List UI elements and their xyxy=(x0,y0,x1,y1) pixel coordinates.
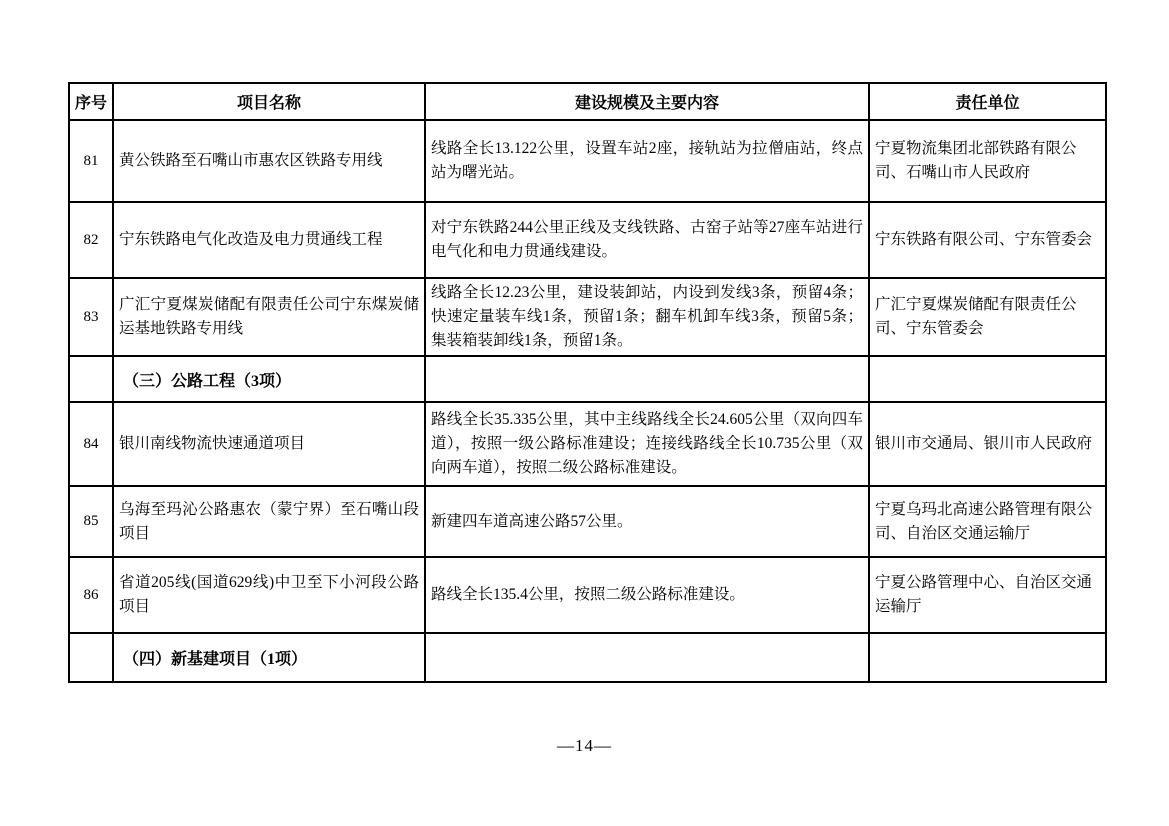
cell-scale-content: 路线全长35.335公里，其中主线路线全长24.605公里（双向四车道），按照一… xyxy=(425,402,869,486)
page-number: —14— xyxy=(0,736,1169,756)
table-row: 86 省道205线(国道629线)中卫至下小河段公路项目 路线全长135.4公里… xyxy=(69,557,1106,633)
cell-scale-content-empty xyxy=(425,356,869,402)
cell-serial: 83 xyxy=(69,278,113,356)
cell-serial: 81 xyxy=(69,120,113,202)
cell-responsible-unit: 广汇宁夏煤炭储配有限责任公司、宁东管委会 xyxy=(869,278,1106,356)
cell-project-name: 银川南线物流快速通道项目 xyxy=(113,402,425,486)
cell-responsible-unit: 宁东铁路有限公司、宁东管委会 xyxy=(869,202,1106,278)
section-title: （三）公路工程（3项） xyxy=(113,356,425,402)
section-row: （四）新基建项目（1项） xyxy=(69,633,1106,682)
table-row: 85 乌海至玛沁公路惠农（蒙宁界）至石嘴山段项目 新建四车道高速公路57公里。 … xyxy=(69,486,1106,557)
cell-scale-content: 对宁东铁路244公里正线及支线铁路、古窑子站等27座车站进行电气化和电力贯通线建… xyxy=(425,202,869,278)
table-row: 81 黄公铁路至石嘴山市惠农区铁路专用线 线路全长13.122公里，设置车站2座… xyxy=(69,120,1106,202)
cell-responsible-unit: 宁夏乌玛北高速公路管理有限公司、自治区交通运输厅 xyxy=(869,486,1106,557)
cell-scale-content: 新建四车道高速公路57公里。 xyxy=(425,486,869,557)
section-title: （四）新基建项目（1项） xyxy=(113,633,425,682)
header-serial: 序号 xyxy=(69,83,113,120)
cell-scale-content-empty xyxy=(425,633,869,682)
cell-serial: 82 xyxy=(69,202,113,278)
cell-serial-empty xyxy=(69,356,113,402)
cell-project-name: 省道205线(国道629线)中卫至下小河段公路项目 xyxy=(113,557,425,633)
cell-responsible-unit: 宁夏公路管理中心、自治区交通运输厅 xyxy=(869,557,1106,633)
cell-responsible-unit-empty xyxy=(869,633,1106,682)
header-scale-content: 建设规模及主要内容 xyxy=(425,83,869,120)
cell-project-name: 黄公铁路至石嘴山市惠农区铁路专用线 xyxy=(113,120,425,202)
cell-scale-content: 路线全长135.4公里，按照二级公路标准建设。 xyxy=(425,557,869,633)
cell-responsible-unit-empty xyxy=(869,356,1106,402)
cell-project-name: 乌海至玛沁公路惠农（蒙宁界）至石嘴山段项目 xyxy=(113,486,425,557)
cell-serial: 84 xyxy=(69,402,113,486)
cell-project-name: 广汇宁夏煤炭储配有限责任公司宁东煤炭储运基地铁路专用线 xyxy=(113,278,425,356)
header-responsible-unit: 责任单位 xyxy=(869,83,1106,120)
cell-serial: 86 xyxy=(69,557,113,633)
cell-scale-content: 线路全长12.23公里，建设装卸站，内设到发线3条，预留4条；快速定量装车线1条… xyxy=(425,278,869,356)
table-header-row: 序号 项目名称 建设规模及主要内容 责任单位 xyxy=(69,83,1106,120)
projects-table: 序号 项目名称 建设规模及主要内容 责任单位 81 黄公铁路至石嘴山市惠农区铁路… xyxy=(68,82,1107,683)
cell-project-name: 宁东铁路电气化改造及电力贯通线工程 xyxy=(113,202,425,278)
cell-scale-content: 线路全长13.122公里，设置车站2座，接轨站为拉僧庙站，终点站为曙光站。 xyxy=(425,120,869,202)
table-row: 83 广汇宁夏煤炭储配有限责任公司宁东煤炭储运基地铁路专用线 线路全长12.23… xyxy=(69,278,1106,356)
cell-serial-empty xyxy=(69,633,113,682)
header-project-name: 项目名称 xyxy=(113,83,425,120)
cell-serial: 85 xyxy=(69,486,113,557)
table-row: 82 宁东铁路电气化改造及电力贯通线工程 对宁东铁路244公里正线及支线铁路、古… xyxy=(69,202,1106,278)
cell-responsible-unit: 宁夏物流集团北部铁路有限公司、石嘴山市人民政府 xyxy=(869,120,1106,202)
table-row: 84 银川南线物流快速通道项目 路线全长35.335公里，其中主线路线全长24.… xyxy=(69,402,1106,486)
section-row: （三）公路工程（3项） xyxy=(69,356,1106,402)
cell-responsible-unit: 银川市交通局、银川市人民政府 xyxy=(869,402,1106,486)
